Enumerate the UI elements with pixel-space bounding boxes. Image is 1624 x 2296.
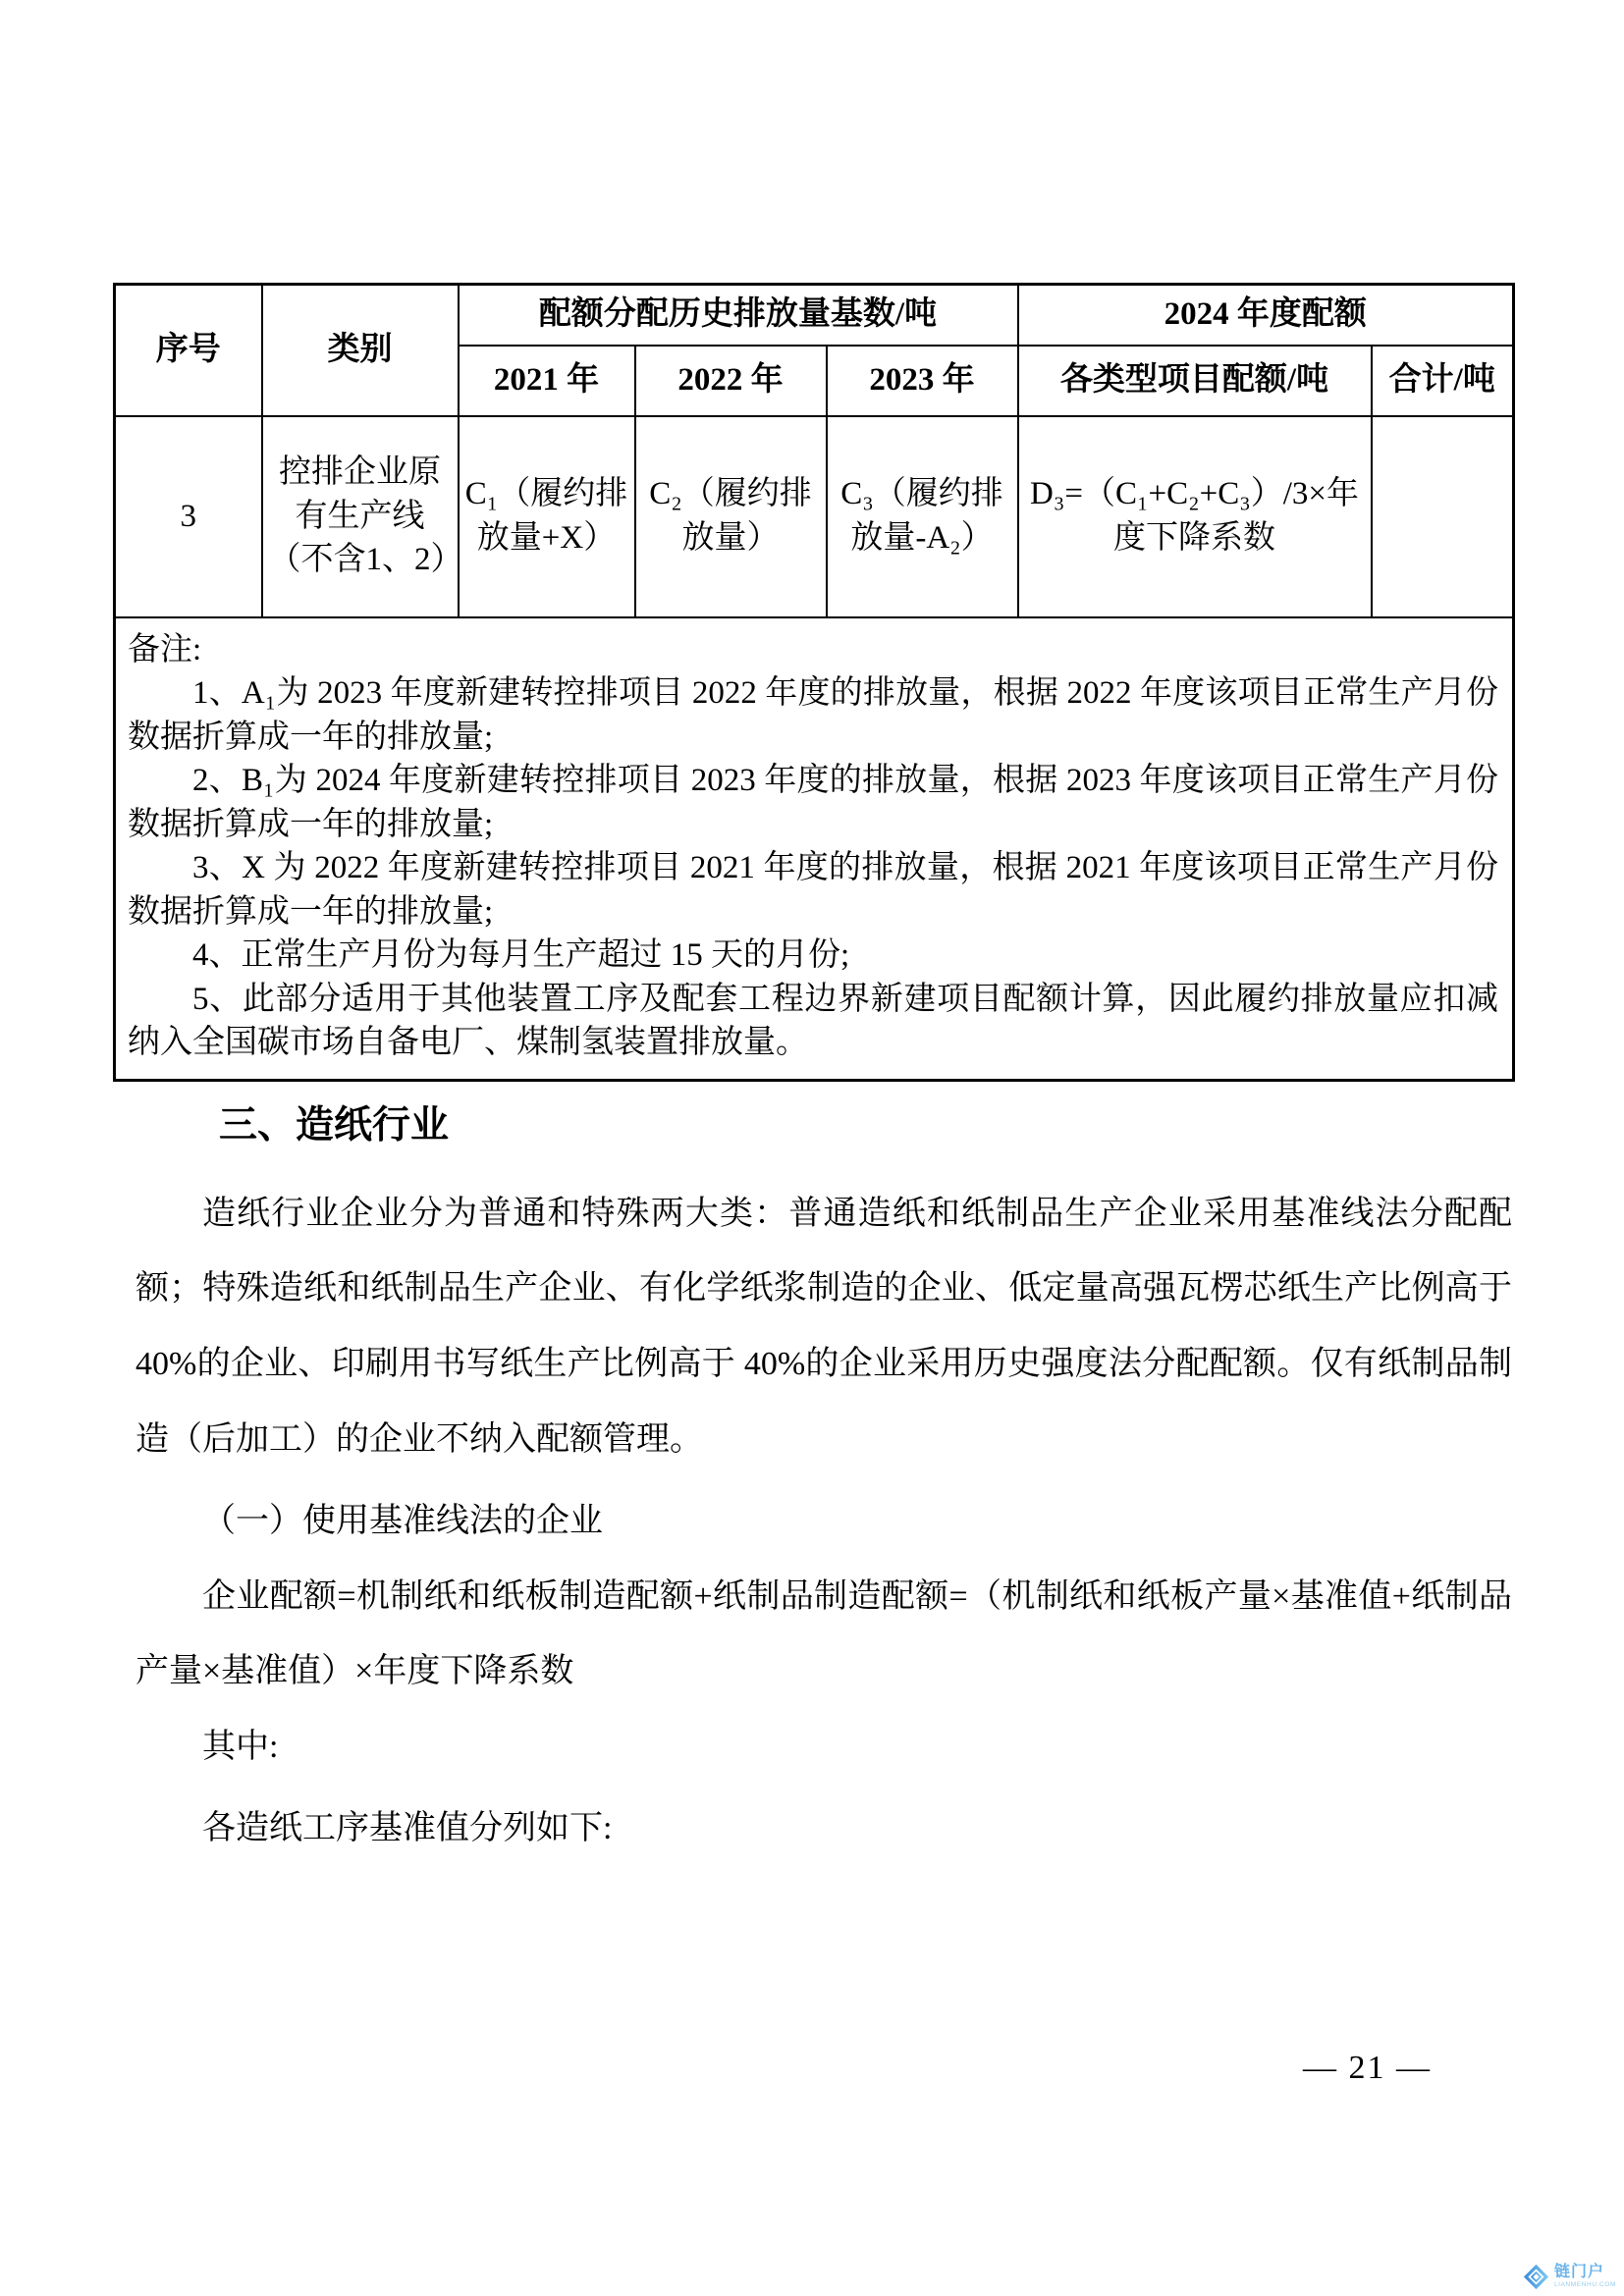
lianmenhu-logo-icon [1523,2264,1549,2290]
cell-seq: 3 [115,416,262,617]
subsection-heading: （一）使用基准线法的企业 [135,1484,1512,1560]
paragraph-benchmark-intro: 各造纸工序基准值分列如下: [135,1791,1512,1867]
paragraph-intro: 造纸行业企业分为普通和特殊两大类：普通造纸和纸制品生产企业采用基准线法分配配额；… [135,1177,1512,1478]
cell-category: 控排企业原有生产线（不含1、2） [262,416,459,617]
notes-label: 备注: [128,628,1498,672]
header-cell-category: 类别 [262,285,459,416]
header-cell-project-quota: 各类型项目配额/吨 [1018,346,1372,416]
watermark-text: 链门户 LIANMENHU.COM [1554,2265,1616,2289]
page-number: — 21 — [1303,2050,1432,2087]
paragraph-formula: 企业配额=机制纸和纸板制造配额+纸制品制造配额=（机制纸和纸板产量×基准值+纸制… [135,1560,1512,1711]
body-text: 三、造纸行业 造纸行业企业分为普通和特殊两大类：普通造纸和纸制品生产企业采用基准… [135,1097,1512,1867]
header-cell-2023: 2023 年 [827,346,1018,416]
section-heading: 三、造纸行业 [219,1097,1512,1155]
table-notes-row: 备注: 1、A₁为 2023 年度新建转控排项目 2022 年度的排放量，根据 … [115,617,1514,1081]
note-item: 3、X 为 2022 年度新建转控排项目 2021 年度的排放量，根据 2021… [128,846,1498,934]
notes-cell: 备注: 1、A₁为 2023 年度新建转控排项目 2022 年度的排放量，根据 … [115,617,1514,1081]
lianmenhu-watermark: 链门户 LIANMENHU.COM [1523,2264,1616,2290]
cell-project-quota: D₃=（C₁+C₂+C₃）/3×年度下降系数 [1018,416,1372,617]
document-page: 序号 类别 配额分配历史排放量基数/吨 2024 年度配额 2021 年 202… [0,0,1624,2296]
cell-2023: C₃（履约排放量-A₂） [827,416,1018,617]
paragraph-among: 其中: [135,1710,1512,1786]
quota-table: 序号 类别 配额分配历史排放量基数/吨 2024 年度配额 2021 年 202… [113,283,1515,1082]
cell-2022: C₂（履约排放量） [635,416,827,617]
header-cell-2021: 2021 年 [459,346,635,416]
header-cell-2022: 2022 年 [635,346,827,416]
watermark-name: 链门户 [1554,2265,1616,2280]
table-row: 3 控排企业原有生产线（不含1、2） C₁（履约排放量+X） C₂（履约排放量）… [115,416,1514,617]
header-cell-seq: 序号 [115,285,262,416]
cell-total [1372,416,1514,617]
header-cell-history-group: 配额分配历史排放量基数/吨 [459,285,1018,346]
cell-2021: C₁（履约排放量+X） [459,416,635,617]
table-header-row-1: 序号 类别 配额分配历史排放量基数/吨 2024 年度配额 [115,285,1514,346]
note-item: 4、正常生产月份为每月生产超过 15 天的月份; [128,934,1498,978]
header-cell-total: 合计/吨 [1372,346,1514,416]
note-item: 2、B₁为 2024 年度新建转控排项目 2023 年度的排放量，根据 2023… [128,759,1498,846]
watermark-domain: LIANMENHU.COM [1554,2282,1616,2289]
note-item: 1、A₁为 2023 年度新建转控排项目 2022 年度的排放量，根据 2022… [128,671,1498,759]
header-cell-2024-group: 2024 年度配额 [1018,285,1514,346]
note-item: 5、此部分适用于其他装置工序及配套工程边界新建项目配额计算，因此履约排放量应扣减… [128,978,1498,1065]
